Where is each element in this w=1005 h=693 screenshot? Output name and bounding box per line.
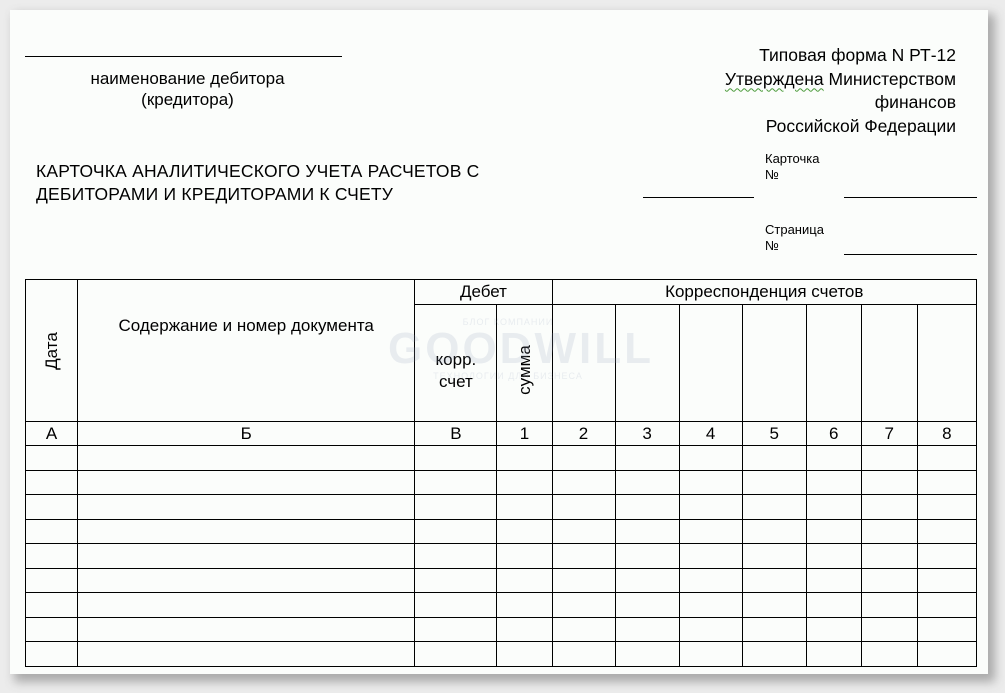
table-cell[interactable] — [415, 568, 497, 593]
table-cell[interactable] — [679, 495, 742, 520]
table-cell[interactable] — [615, 495, 679, 520]
corr-col-7-header — [861, 305, 917, 422]
table-cell[interactable] — [615, 593, 679, 618]
table-cell[interactable] — [415, 446, 497, 471]
table-cell[interactable] — [552, 617, 615, 642]
table-cell[interactable] — [861, 446, 917, 471]
table-cell[interactable] — [26, 495, 78, 520]
table-cell[interactable] — [497, 470, 552, 495]
column-code: Б — [78, 422, 415, 446]
form-page: наименование дебитора (кредитора) Типова… — [10, 10, 988, 674]
table-cell[interactable] — [497, 642, 552, 667]
column-code: 5 — [742, 422, 806, 446]
approval-line: Утверждена Министерством — [725, 68, 956, 92]
table-cell[interactable] — [78, 544, 415, 569]
table-cell[interactable] — [679, 446, 742, 471]
table-cell[interactable] — [497, 617, 552, 642]
header-correspondence: Корреспонденция счетов — [552, 280, 977, 305]
table-cell[interactable] — [615, 642, 679, 667]
table-cell[interactable] — [497, 519, 552, 544]
card-number-left-line[interactable] — [643, 197, 754, 198]
table-cell[interactable] — [861, 642, 917, 667]
table-cell[interactable] — [26, 470, 78, 495]
table-cell[interactable] — [415, 544, 497, 569]
column-code: 2 — [552, 422, 615, 446]
form-info: Типовая форма N РТ-12 Утверждена Министе… — [725, 44, 956, 138]
table-cell[interactable] — [497, 446, 552, 471]
table-cell[interactable] — [78, 568, 415, 593]
table-cell[interactable] — [742, 495, 806, 520]
table-cell[interactable] — [806, 446, 861, 471]
table-cell[interactable] — [806, 544, 861, 569]
table-cell[interactable] — [497, 495, 552, 520]
table-cell[interactable] — [78, 519, 415, 544]
table-cell[interactable] — [679, 519, 742, 544]
debtor-label-line1: наименование дебитора — [20, 68, 355, 89]
corr-col-4-header — [679, 305, 742, 422]
table-cell[interactable] — [26, 593, 78, 618]
table-cell[interactable] — [415, 617, 497, 642]
table-cell[interactable] — [552, 568, 615, 593]
table-cell[interactable] — [679, 642, 742, 667]
table-cell[interactable] — [26, 519, 78, 544]
table-cell[interactable] — [26, 642, 78, 667]
title-line2: ДЕБИТОРАМИ И КРЕДИТОРАМИ К СЧЕТУ — [36, 183, 480, 206]
table-cell[interactable] — [917, 544, 976, 569]
table-cell[interactable] — [861, 495, 917, 520]
table-cell[interactable] — [78, 593, 415, 618]
table-cell[interactable] — [78, 495, 415, 520]
table-cell[interactable] — [26, 568, 78, 593]
table-cell[interactable] — [26, 544, 78, 569]
column-code: 7 — [861, 422, 917, 446]
debtor-label-line2: (кредитора) — [20, 89, 355, 110]
column-code: 1 — [497, 422, 552, 446]
table-cell[interactable] — [679, 544, 742, 569]
table-cell[interactable] — [552, 495, 615, 520]
table-cell[interactable] — [615, 544, 679, 569]
form-number: Типовая форма N РТ-12 — [725, 44, 956, 68]
corr-col-5-header — [742, 305, 806, 422]
table-cell[interactable] — [742, 519, 806, 544]
table-cell[interactable] — [26, 617, 78, 642]
table-cell[interactable] — [615, 617, 679, 642]
header-corr-account-text: корр. счет — [431, 349, 481, 393]
table-cell[interactable] — [415, 519, 497, 544]
table-cell[interactable] — [806, 593, 861, 618]
corr-col-6-header — [806, 305, 861, 422]
table-cell[interactable] — [497, 544, 552, 569]
table-cell[interactable] — [806, 470, 861, 495]
column-codes-row: АБВ12345678 — [26, 422, 977, 446]
table-cell[interactable] — [78, 642, 415, 667]
card-label-line1: Карточка — [765, 151, 819, 167]
table-cell[interactable] — [742, 617, 806, 642]
table-cell[interactable] — [917, 446, 976, 471]
table-cell[interactable] — [415, 642, 497, 667]
table-cell[interactable] — [552, 642, 615, 667]
corr-col-3-header — [615, 305, 679, 422]
title-line1: КАРТОЧКА АНАЛИТИЧЕСКОГО УЧЕТА РАСЧЕТОВ С — [36, 160, 480, 183]
table-cell[interactable] — [78, 446, 415, 471]
table-cell[interactable] — [679, 470, 742, 495]
debtor-name-line[interactable] — [25, 56, 342, 57]
column-code: 6 — [806, 422, 861, 446]
table-cell[interactable] — [552, 446, 615, 471]
column-code: В — [415, 422, 497, 446]
table-cell[interactable] — [679, 568, 742, 593]
table-row — [26, 642, 977, 667]
table-cell[interactable] — [497, 568, 552, 593]
header-debit: Дебет — [415, 280, 552, 305]
header-row-1: Дата Содержание и номер документа Дебет … — [26, 280, 977, 305]
federation-line: Российской Федерации — [725, 115, 956, 139]
header-content: Содержание и номер документа — [78, 280, 415, 422]
table-cell[interactable] — [552, 544, 615, 569]
table-cell[interactable] — [497, 593, 552, 618]
table-cell[interactable] — [861, 593, 917, 618]
page-number-label: Страница № — [765, 222, 824, 254]
table-row — [26, 593, 977, 618]
table-cell[interactable] — [742, 446, 806, 471]
header-amount: сумма — [497, 305, 552, 422]
table-cell[interactable] — [679, 617, 742, 642]
table-cell[interactable] — [415, 495, 497, 520]
table-cell[interactable] — [679, 593, 742, 618]
table-cell[interactable] — [917, 470, 976, 495]
column-code: А — [26, 422, 78, 446]
table-row — [26, 544, 977, 569]
table-cell[interactable] — [78, 470, 415, 495]
page-label-line2: № — [765, 238, 824, 254]
table-cell[interactable] — [806, 642, 861, 667]
table-cell[interactable] — [861, 544, 917, 569]
table-cell[interactable] — [917, 617, 976, 642]
table-row — [26, 519, 977, 544]
table-cell[interactable] — [917, 519, 976, 544]
page-number-field[interactable] — [844, 254, 977, 255]
table-cell[interactable] — [861, 568, 917, 593]
header-date: Дата — [26, 280, 78, 422]
table-cell[interactable] — [742, 568, 806, 593]
table-cell[interactable] — [615, 446, 679, 471]
column-code: 8 — [917, 422, 976, 446]
card-number-label: Карточка № — [765, 151, 819, 183]
finance-line: финансов — [725, 91, 956, 115]
corr-col-8-header — [917, 305, 976, 422]
table-cell[interactable] — [861, 470, 917, 495]
form-title: КАРТОЧКА АНАЛИТИЧЕСКОГО УЧЕТА РАСЧЕТОВ С… — [36, 160, 480, 206]
column-code: 4 — [679, 422, 742, 446]
table-cell[interactable] — [806, 617, 861, 642]
table-cell[interactable] — [861, 519, 917, 544]
header-date-text: Дата — [42, 332, 62, 370]
table-row — [26, 495, 977, 520]
table-cell[interactable] — [615, 519, 679, 544]
table-cell[interactable] — [742, 544, 806, 569]
table-cell[interactable] — [415, 470, 497, 495]
table-cell[interactable] — [806, 519, 861, 544]
table-cell[interactable] — [552, 593, 615, 618]
table-cell[interactable] — [26, 446, 78, 471]
table-cell[interactable] — [917, 593, 976, 618]
header-corr-account: корр. счет — [415, 305, 497, 422]
analytics-table: Дата Содержание и номер документа Дебет … — [25, 279, 977, 667]
table-cell[interactable] — [742, 642, 806, 667]
table-row — [26, 617, 977, 642]
column-code: 3 — [615, 422, 679, 446]
approved-word: Утверждена — [725, 69, 824, 89]
card-label-line2: № — [765, 167, 819, 183]
table-row — [26, 568, 977, 593]
table-row — [26, 470, 977, 495]
table-cell[interactable] — [78, 617, 415, 642]
table-cell[interactable] — [917, 495, 976, 520]
table-cell[interactable] — [742, 593, 806, 618]
table-cell[interactable] — [552, 519, 615, 544]
table-cell[interactable] — [415, 593, 497, 618]
table-cell[interactable] — [917, 568, 976, 593]
table-cell[interactable] — [615, 568, 679, 593]
corr-col-2-header — [552, 305, 615, 422]
table-cell[interactable] — [806, 568, 861, 593]
table-cell[interactable] — [742, 470, 806, 495]
table-cell[interactable] — [552, 470, 615, 495]
card-number-field[interactable] — [844, 197, 977, 198]
table-cell[interactable] — [806, 495, 861, 520]
header-amount-text: сумма — [514, 345, 534, 395]
table-cell[interactable] — [917, 642, 976, 667]
table-row — [26, 446, 977, 471]
table-cell[interactable] — [861, 617, 917, 642]
debtor-label: наименование дебитора (кредитора) — [20, 68, 355, 110]
table-cell[interactable] — [615, 470, 679, 495]
page-label-line1: Страница — [765, 222, 824, 238]
ministry-word: Министерством — [824, 69, 956, 89]
